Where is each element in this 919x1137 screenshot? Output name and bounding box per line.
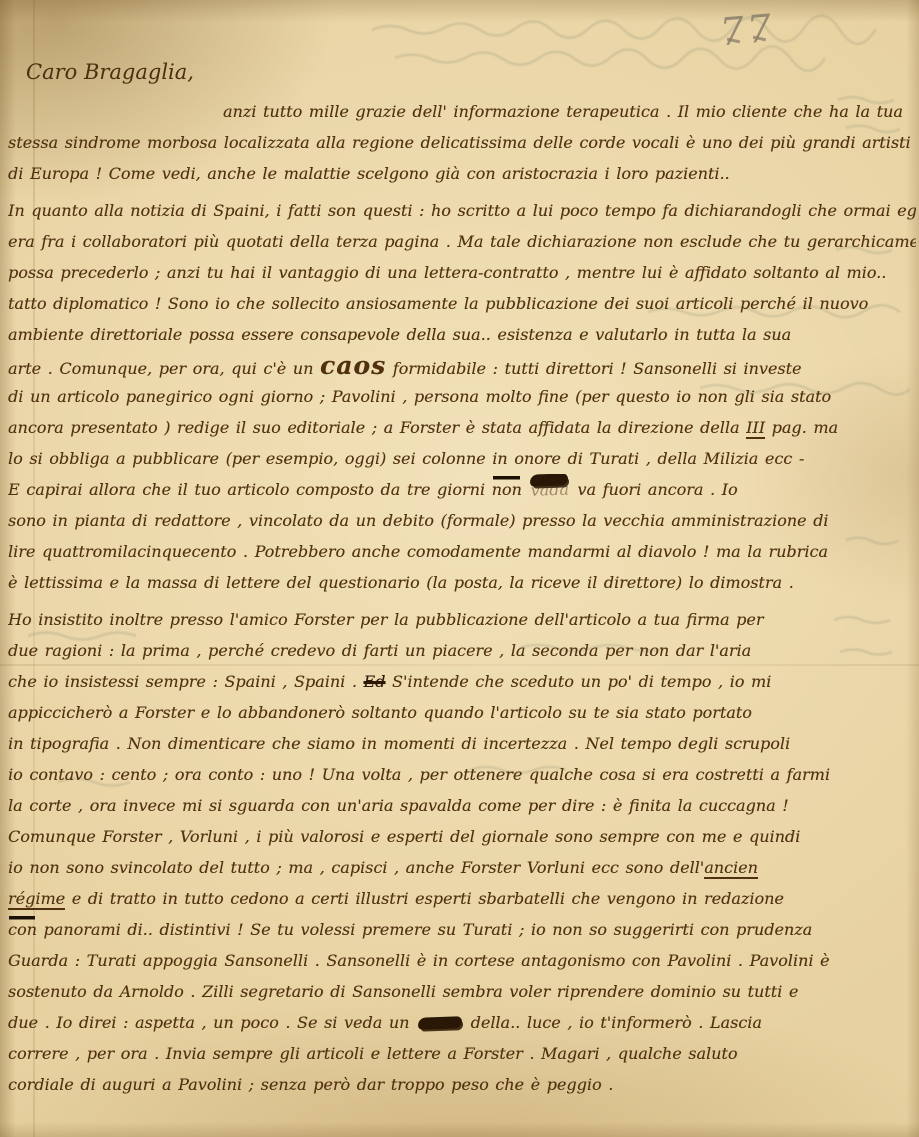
handwritten-text: ambiente direttoriale possa essere consa…: [8, 325, 791, 344]
letter-line: che io insistessi sempre : Spaini , Spai…: [8, 666, 916, 697]
letter-line: io non sono svincolato del tutto ; ma , …: [8, 852, 916, 883]
letter-line: io contavo : cento ; ora conto : uno ! U…: [8, 759, 916, 790]
marked-text: non: [492, 474, 522, 505]
marked-text: ancien: [704, 858, 758, 879]
handwritten-text: ancora presentato ) redige il suo editor…: [8, 418, 746, 437]
letter-line: tatto diplomatico ! Sono io che sollecit…: [8, 288, 916, 319]
letter-line: di un articolo panegirico ogni giorno ; …: [8, 381, 916, 412]
letter-line: due . Io direi : aspetta , un poco . Se …: [8, 1007, 916, 1038]
letter-line: Ho insistito inoltre presso l'amico Fors…: [8, 604, 916, 635]
scanned-letter-page: { "document": { "page_number": "77", "sa…: [0, 0, 919, 1137]
handwritten-text: Comunque Forster , Vorluni , i più valor…: [8, 827, 800, 846]
letter-line: appiccicherò a Forster e lo abbandonerò …: [8, 697, 916, 728]
marked-text: Ed: [364, 672, 386, 691]
salutation: Caro Bragaglia,: [26, 60, 194, 84]
marked-text: con: [8, 914, 37, 945]
letter-line: arte . Comunque, per ora, qui c'è un cao…: [8, 350, 916, 381]
handwritten-text: E capirai allora che il tuo articolo com…: [8, 480, 492, 499]
paper: 77 Caro Bragaglia, anzi tutto mille graz…: [0, 0, 919, 1137]
letter-line: correre , per ora . Invia sempre gli art…: [8, 1038, 916, 1069]
letter-line: sostenuto da Arnoldo . Zilli segretario …: [8, 976, 916, 1007]
handwritten-text: arte . Comunque, per ora, qui c'è un: [8, 359, 320, 378]
handwritten-text: in tipografia . Non dimenticare che siam…: [8, 734, 790, 753]
letter-line: di Europa ! Come vedi, anche le malattie…: [8, 158, 916, 189]
handwritten-text: era fra i collaboratori più quotati dell…: [8, 232, 916, 251]
handwritten-text: lire quattromilacinquecento . Potrebbero…: [8, 542, 828, 561]
handwritten-text: correre , per ora . Invia sempre gli art…: [8, 1044, 737, 1063]
letter-line: anzi tutto mille grazie dell' informazio…: [8, 96, 916, 127]
handwritten-text: stessa sindrome morbosa localizzata alla…: [8, 133, 916, 152]
letter-line: sono in pianta di redattore , vincolato …: [8, 505, 916, 536]
marked-text: III: [746, 418, 765, 439]
letter-line: E capirai allora che il tuo articolo com…: [8, 474, 916, 505]
handwritten-text: è lettissima e la massa di lettere del q…: [8, 573, 794, 592]
handwritten-text: va fuori ancora . Io: [571, 480, 738, 499]
handwritten-text: di un articolo panegirico ogni giorno ; …: [8, 387, 831, 406]
letter-line: ancora presentato ) redige il suo editor…: [8, 412, 916, 443]
handwritten-text: possa precederlo ; anzi tu hai il vantag…: [8, 263, 886, 282]
letter-line: stessa sindrome morbosa localizzata alla…: [8, 127, 916, 158]
handwritten-text: Ho insistito inoltre presso l'amico Fors…: [8, 610, 763, 629]
handwritten-text: cordiale di auguri a Pavolini ; senza pe…: [8, 1075, 613, 1094]
handwritten-text: e di tratto in tutto cedono a certi illu…: [65, 889, 784, 908]
handwritten-text: anzi tutto mille grazie dell' informazio…: [223, 102, 903, 121]
handwritten-text: S'intende che sceduto un po' di tempo , …: [385, 672, 771, 691]
handwritten-text: [522, 480, 529, 499]
handwritten-text: pag. ma: [765, 418, 838, 437]
letter-line: possa precederlo ; anzi tu hai il vantag…: [8, 257, 916, 288]
letter-body: anzi tutto mille grazie dell' informazio…: [8, 96, 916, 1100]
letter-line: lire quattromilacinquecento . Potrebbero…: [8, 536, 916, 567]
marked-text: régime: [8, 889, 65, 910]
letter-line: con panorami di.. distintivi ! Se tu vol…: [8, 914, 916, 945]
handwritten-text: io contavo : cento ; ora conto : uno ! U…: [8, 765, 830, 784]
letter-line: due ragioni : la prima , perché credevo …: [8, 635, 916, 666]
handwritten-text: di Europa ! Come vedi, anche le malattie…: [8, 164, 730, 183]
handwritten-text: due ragioni : la prima , perché credevo …: [8, 641, 751, 660]
handwritten-text: della.. luce , io t'informerò . Lascia: [464, 1013, 762, 1032]
handwritten-text: appiccicherò a Forster e lo abbandonerò …: [8, 703, 752, 722]
handwritten-text: formidabile : tutti direttori ! Sansonel…: [386, 359, 801, 378]
handwritten-text: la corte , ora invece mi si sguarda con …: [8, 796, 789, 815]
handwritten-text: due . Io direi : aspetta , un poco . Se …: [8, 1013, 416, 1032]
handwritten-text: sostenuto da Arnoldo . Zilli segretario …: [8, 982, 798, 1001]
page-number: 77: [718, 6, 776, 55]
letter-line: cordiale di auguri a Pavolini ; senza pe…: [8, 1069, 916, 1100]
letter-line: era fra i collaboratori più quotati dell…: [8, 226, 916, 257]
handwritten-text: lo si obbliga a pubblicare (per esempio,…: [8, 449, 804, 468]
letter-line: régime e di tratto in tutto cedono a cer…: [8, 883, 916, 914]
marked-text: caos: [320, 351, 386, 380]
handwritten-text: che io insistessi sempre : Spaini , Spai…: [8, 672, 364, 691]
ink-blot: [418, 1016, 462, 1030]
handwritten-text: In quanto alla notizia di Spaini, i fatt…: [8, 201, 916, 220]
letter-line: Guarda : Turati appoggia Sansonelli . Sa…: [8, 945, 916, 976]
letter-line: Comunque Forster , Vorluni , i più valor…: [8, 821, 916, 852]
letter-line: la corte , ora invece mi si sguarda con …: [8, 790, 916, 821]
letter-line: ambiente direttoriale possa essere consa…: [8, 319, 916, 350]
letter-line: è lettissima e la massa di lettere del q…: [8, 567, 916, 598]
ink-blot: vada: [530, 474, 569, 487]
handwritten-text: io non sono svincolato del tutto ; ma , …: [8, 858, 704, 877]
letter-line: In quanto alla notizia di Spaini, i fatt…: [8, 195, 916, 226]
handwritten-text: Guarda : Turati appoggia Sansonelli . Sa…: [8, 951, 830, 970]
letter-line: in tipografia . Non dimenticare che siam…: [8, 728, 916, 759]
handwritten-text: tatto diplomatico ! Sono io che sollecit…: [8, 294, 868, 313]
letter-line: lo si obbliga a pubblicare (per esempio,…: [8, 443, 916, 474]
handwritten-text: sono in pianta di redattore , vincolato …: [8, 511, 828, 530]
handwritten-text: panorami di.. distintivi ! Se tu volessi…: [37, 920, 812, 939]
